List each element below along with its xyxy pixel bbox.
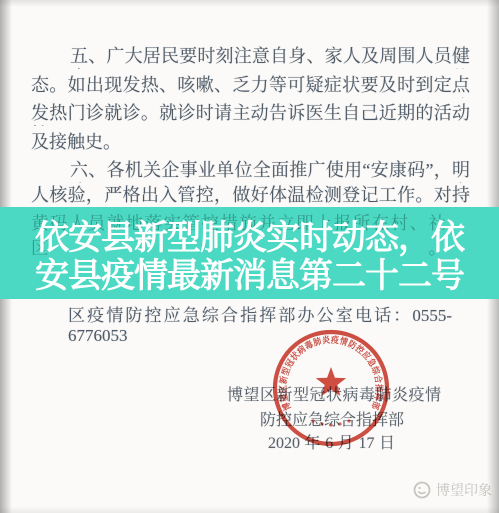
notice-paragraph5-line4: 及接触史。 — [31, 131, 121, 153]
headline-overlay-banner: 黄码人员就地落实管控措施并立即上报所在村、社区。 依安县新型肺炎实时动态，依 安… — [0, 207, 499, 299]
publisher-watermark: 博望印象 — [412, 480, 492, 500]
notice-paragraph5-line3: 发热门诊就诊。就诊时请主动告诉医生自己近期的活动情况 — [31, 102, 470, 126]
notice-paragraph5-line2: 态。如出现发热、咳嗽、乏力等可疑症状要及时到定点医院 — [31, 74, 470, 98]
headline-title: 依安县新型肺炎实时动态，依 安县疫情最新消息第二十二号 — [0, 219, 499, 295]
seal-star-icon — [316, 367, 346, 396]
seal-code-dots — [311, 419, 350, 426]
publisher-logo-icon — [412, 480, 432, 500]
notice-paragraph6-line1: 六、各机关企事业单位全面推广使用“安康码”，明确专 — [70, 159, 470, 183]
headline-title-line2: 安县疫情最新消息第二十二号 — [0, 257, 499, 295]
official-seal-stamp: 博望区新型冠状病毒肺炎疫情防控应急综合指挥部 — [264, 326, 400, 452]
scanned-notice-page: 五、广大居民要时刻注意自身、家人及周围人员健康状 态。如出现发热、咳嗽、乏力等可… — [0, 0, 499, 513]
headline-title-line1: 依安县新型肺炎实时动态，依 — [0, 219, 499, 257]
notice-paragraph6-line2: 人核验，严格出入管控，做好体温检测登记工作。对持红、 — [31, 184, 470, 208]
notice-paragraph5-line1: 五、广大居民要时刻注意自身、家人及周围人员健康状 — [70, 45, 470, 69]
publisher-watermark-label: 博望印象 — [436, 480, 492, 500]
